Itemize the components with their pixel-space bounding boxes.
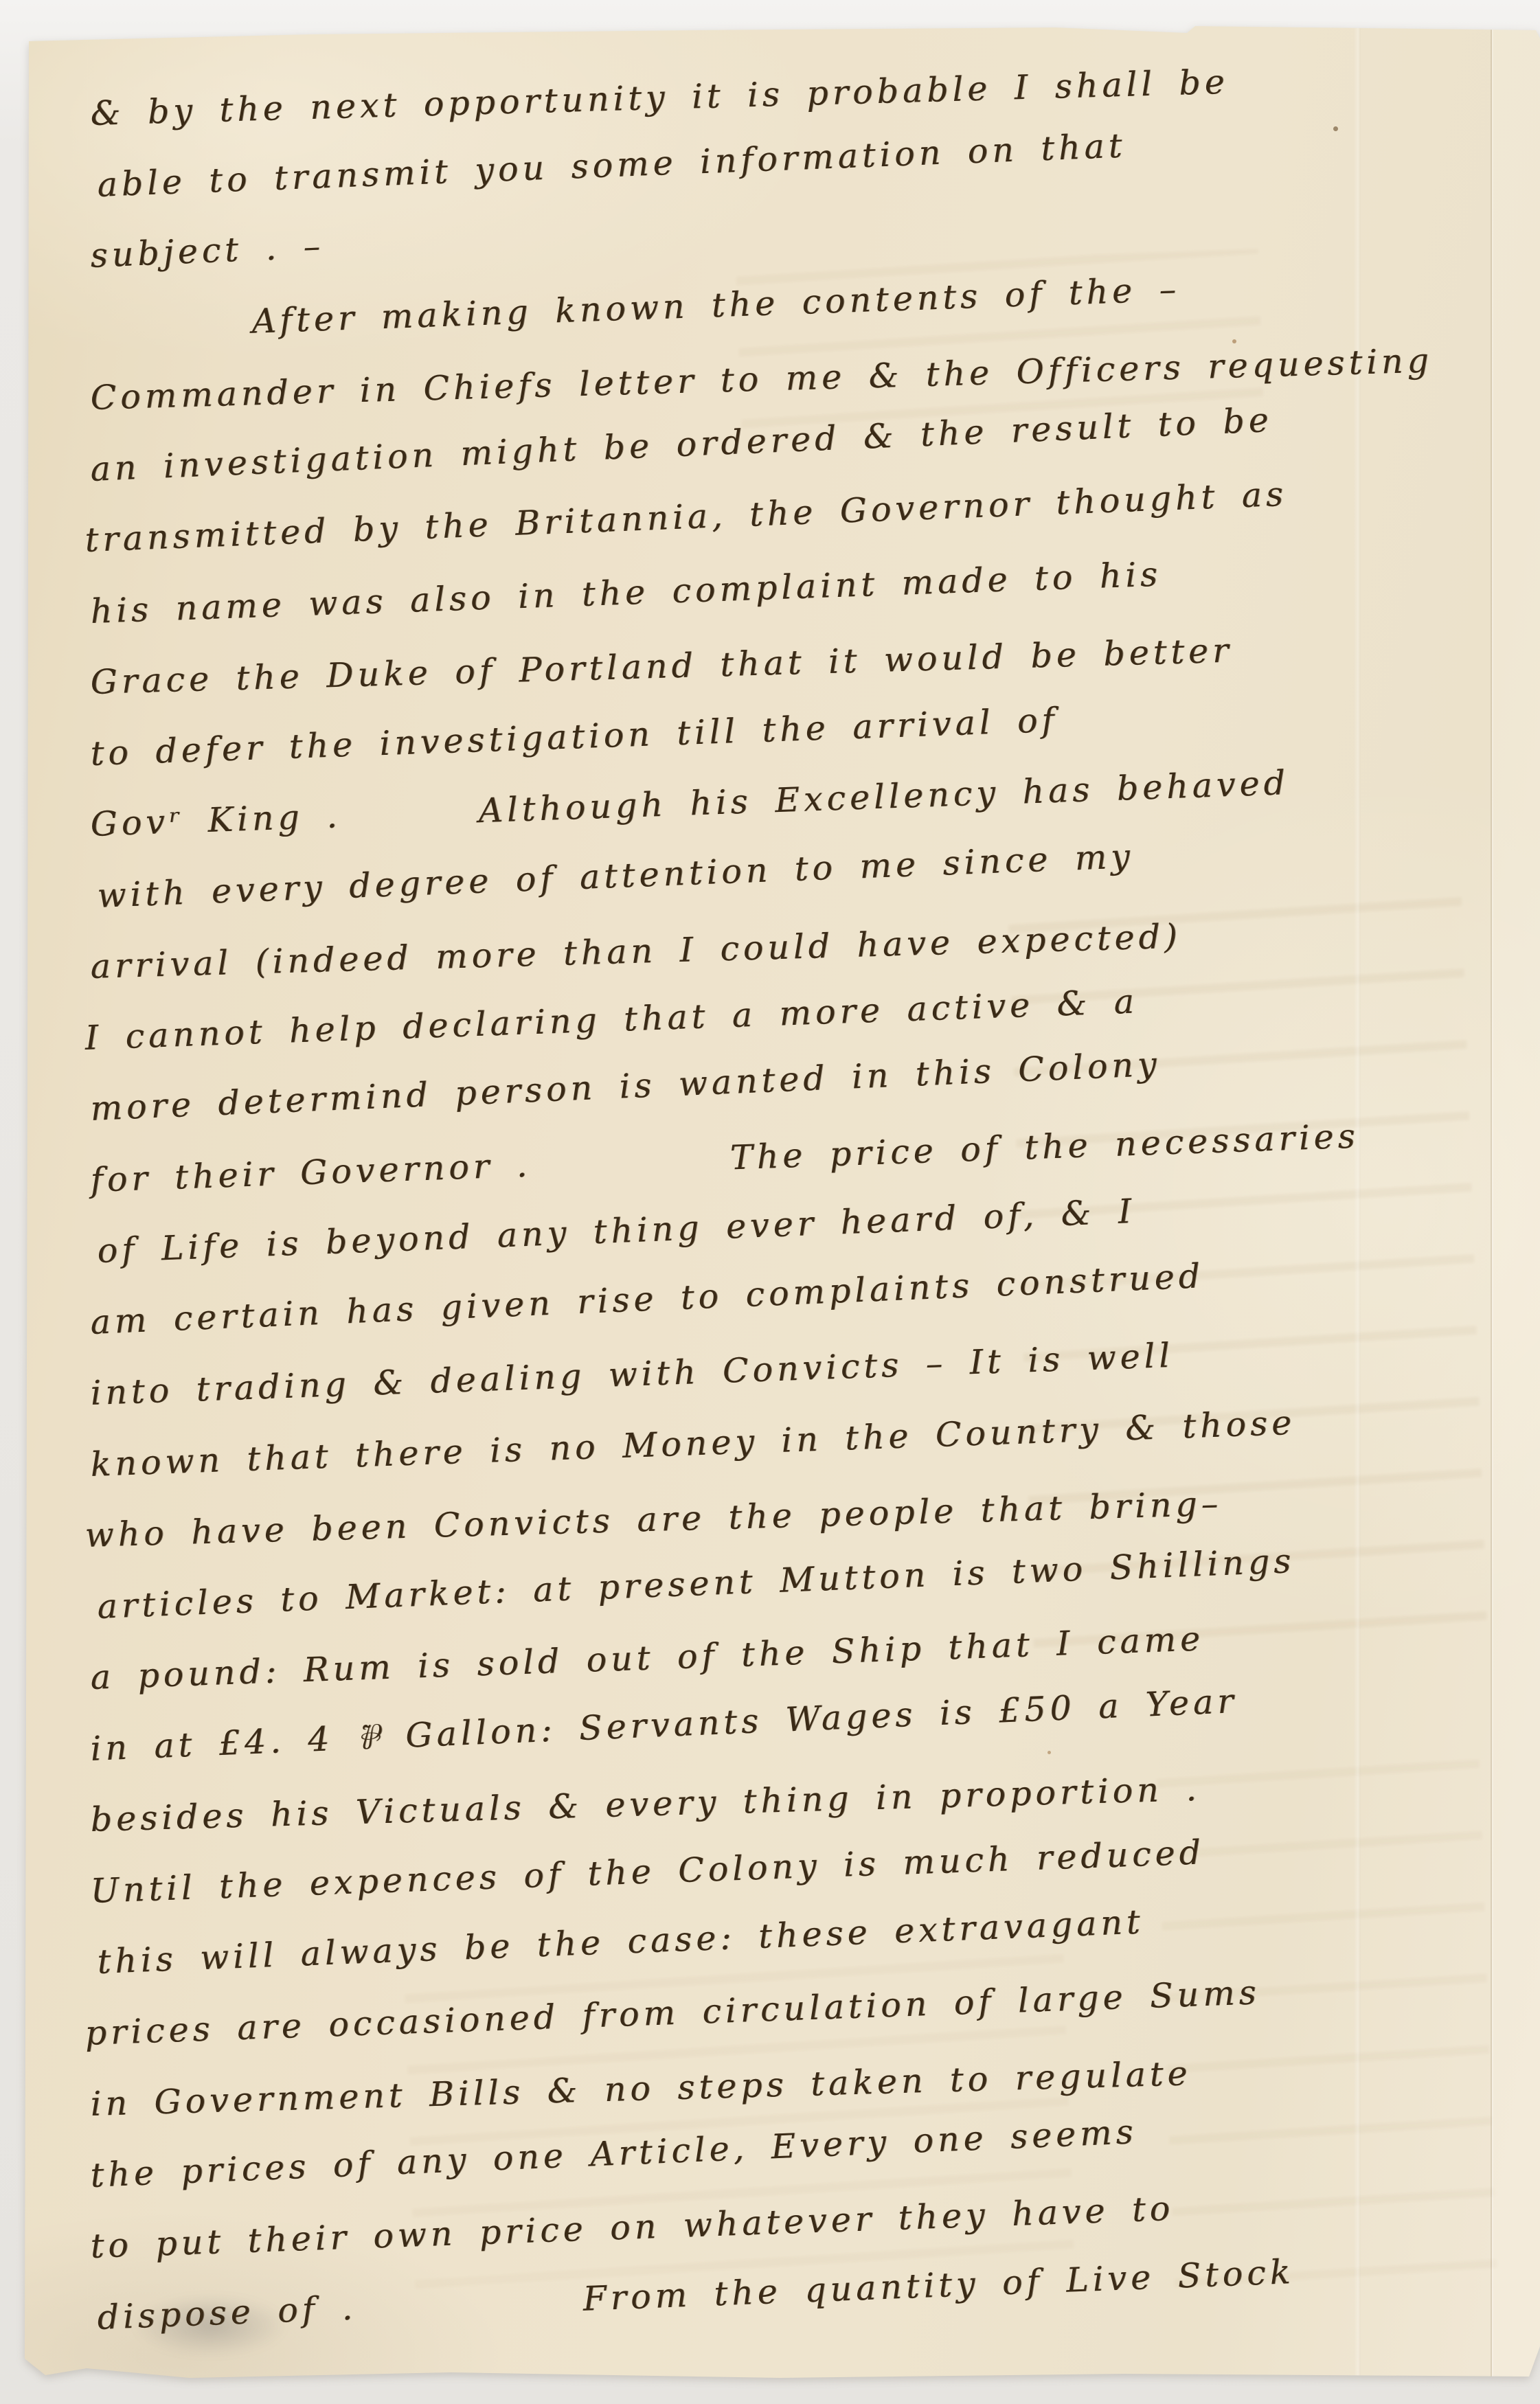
letter-text-segment: dispose of . [96, 2272, 358, 2353]
letter-page: & by the next opportunity it is probable… [25, 25, 1540, 2379]
photograph-of-letter: { "document": { "type": "handwritten-let… [0, 0, 1540, 2404]
letter-lines: & by the next opportunity it is probable… [91, 78, 1506, 2353]
letter-text-segment: subject . – [89, 211, 326, 292]
letter-text-segment: Govʳ King . [89, 780, 343, 860]
paper-wrap: & by the next opportunity it is probable… [0, 0, 1540, 2404]
segment-gap [532, 1168, 731, 1176]
segment-gap [356, 2309, 583, 2319]
segment-gap [341, 821, 479, 827]
